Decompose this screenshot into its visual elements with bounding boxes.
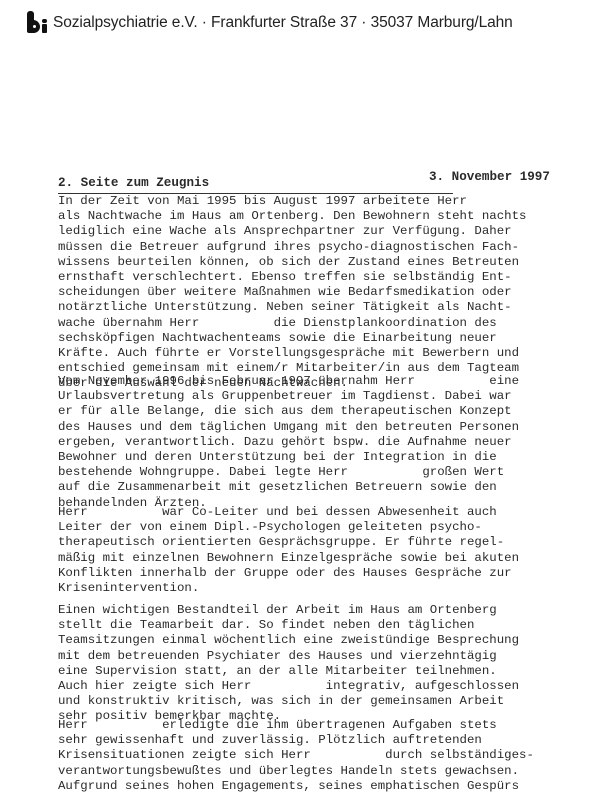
- text-line: mäßig mit einzelnen Bewohnern Einzelgesp…: [58, 551, 519, 566]
- text-line: Teamsitzungen einmal wöchentlich eine zw…: [58, 633, 519, 648]
- text-line: Konflikten innerhalb der Gruppe oder des…: [58, 566, 519, 581]
- text-line: bestehende Wohngruppe. Dabei legte Herr …: [58, 465, 519, 480]
- text-line: sechsköpfigen Nachtwachenteams sowie die…: [58, 331, 526, 346]
- text-line: mit dem betreuenden Psychiater des Hause…: [58, 649, 519, 664]
- text-line: verantwortungsbewußtes und überlegtes Ha…: [58, 764, 534, 779]
- text-line: Herr erledigte die ihm übertragenen Aufg…: [58, 718, 534, 733]
- text-line: eine Supervision statt, an der alle Mita…: [58, 664, 519, 679]
- page-title: 2. Seite zum Zeugnis: [58, 176, 209, 191]
- letterhead-address: Sozialpsychiatrie e.V. · Frankfurter Str…: [53, 14, 513, 32]
- text-line: Vom November 1996 bis Februar 1997 übern…: [58, 374, 519, 389]
- text-line: Kräfte. Auch führte er Vorstellungsgespr…: [58, 346, 526, 361]
- text-line: Leiter der von einem Dipl.-Psychologen g…: [58, 520, 519, 535]
- paragraph-holiday-cover: Vom November 1996 bis Februar 1997 übern…: [58, 374, 519, 511]
- text-line: Herr war Co-Leiter und bei dessen Abwese…: [58, 505, 519, 520]
- text-line: Krisenintervention.: [58, 581, 519, 596]
- text-line: er für alle Belange, die sich aus dem th…: [58, 404, 519, 419]
- text-line: Bewohner und deren Unterstützung bei der…: [58, 450, 519, 465]
- text-line: notärztliche Unterstützung. Neben seiner…: [58, 300, 526, 315]
- text-line: Einen wichtigen Bestandteil der Arbeit i…: [58, 603, 519, 618]
- paragraph-assessment: Herr erledigte die ihm übertragenen Aufg…: [58, 718, 534, 794]
- text-line: lediglich eine Wache als Ansprechpartner…: [58, 224, 526, 239]
- text-line: und konstruktiv kritisch, was sich in de…: [58, 694, 519, 709]
- text-line: wissens beurteilen können, ob sich der Z…: [58, 255, 526, 270]
- paragraph-night-watch: In der Zeit von Mai 1995 bis August 1997…: [58, 194, 526, 391]
- letterhead: Sozialpsychiatrie e.V. · Frankfurter Str…: [26, 10, 513, 36]
- document-date: 3. November 1997: [429, 170, 550, 185]
- text-line: stellt die Teamarbeit dar. So findet neb…: [58, 618, 519, 633]
- text-line: In der Zeit von Mai 1995 bis August 1997…: [58, 194, 526, 209]
- text-line: sehr gewissenhaft und zuverlässig. Plötz…: [58, 733, 534, 748]
- text-line: Krisensituationen zeigte sich Herr durch…: [58, 748, 534, 763]
- bi-logo-icon: [26, 11, 48, 35]
- text-line: müssen die Betreuer aufgrund ihres psych…: [58, 240, 526, 255]
- paragraph-teamwork: Einen wichtigen Bestandteil der Arbeit i…: [58, 603, 519, 725]
- text-line: ernsthaft verschlechtert. Ebenso treffen…: [58, 270, 526, 285]
- text-line: scheidungen über weitere Maßnahmen wie B…: [58, 285, 526, 300]
- text-line: als Nachtwache im Haus am Ortenberg. Den…: [58, 209, 526, 224]
- text-line: des Hauses und dem täglichen Umgang mit …: [58, 420, 519, 435]
- text-line: Auch hier zeigte sich Herr integrativ, a…: [58, 679, 519, 694]
- text-line: therapeutisch orientierten Gesprächsgrup…: [58, 535, 519, 550]
- text-line: wache übernahm Herr die Dienstplankoordi…: [58, 316, 526, 331]
- paragraph-discussion-group: Herr war Co-Leiter und bei dessen Abwese…: [58, 505, 519, 596]
- text-line: Urlaubsvertretung als Gruppenbetreuer im…: [58, 389, 519, 404]
- text-line: Aufgrund seines hohen Engagements, seine…: [58, 779, 534, 794]
- text-line: ergeben, verantwortlich. Dazu gehört bsp…: [58, 435, 519, 450]
- text-line: auf die Zusammenarbeit mit gesetzlichen …: [58, 480, 519, 495]
